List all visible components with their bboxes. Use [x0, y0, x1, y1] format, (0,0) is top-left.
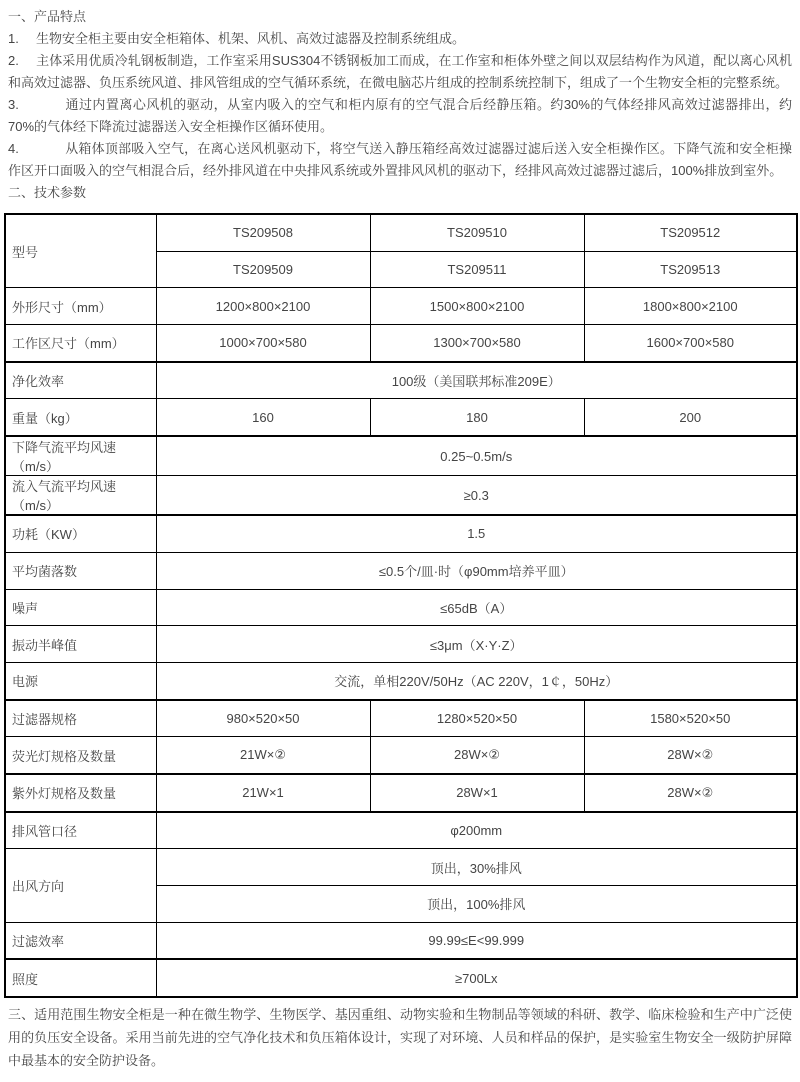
applications-paragraph: 三、适用范围生物安全柜是一种在微生物学、生物医学、基因重组、动物实验和生物制品等…: [8, 1003, 792, 1072]
spec-value-cell: ≤65dB（A）: [156, 589, 797, 626]
table-row: 功耗（KW）1.5: [5, 515, 797, 552]
table-row: 流入气流平均风速（m/s）≥0.3: [5, 476, 797, 516]
spec-value-cell: 交流，单相220V/50Hz（AC 220V，1￠，50Hz）: [156, 662, 797, 699]
spec-table: 型号TS209508TS209510TS209512TS209509TS2095…: [4, 213, 798, 998]
row-label-model: 型号: [5, 214, 156, 288]
row-label: 噪声: [5, 589, 156, 626]
feature-item-4: 4.从箱体顶部吸入空气，在离心送风机驱动下，将空气送入静压箱经高效过滤器过滤后送…: [8, 138, 792, 182]
table-row: 噪声≤65dB（A）: [5, 589, 797, 626]
feature-list: 1.生物安全柜主要由安全柜箱体、机架、风机、高效过滤器及控制系统组成。2.主体采…: [8, 28, 792, 182]
spec-value-cell: 21W×②: [156, 737, 370, 774]
feature-item-text: 从箱体顶部吸入空气，在离心送风机驱动下，将空气送入静压箱经高效过滤器过滤后送入安…: [8, 141, 792, 178]
table-row: 振动半峰值≤3μm（X·Y·Z）: [5, 626, 797, 663]
row-label: 出风方向: [5, 849, 156, 922]
feature-item-3: 3.通过内置离心风机的驱动，从室内吸入的空气和柜内原有的空气混合后经静压箱。约3…: [8, 94, 792, 138]
spec-value-cell: ≥700Lx: [156, 959, 797, 997]
model-cell: TS209509: [156, 251, 370, 288]
spec-value-cell: ≤3μm（X·Y·Z）: [156, 626, 797, 663]
model-cell: TS209512: [584, 214, 797, 251]
model-cell: TS209510: [370, 214, 584, 251]
section-title-specs: 二、技术参数: [8, 182, 792, 204]
spec-value-cell: 1800×800×2100: [584, 288, 797, 325]
spec-value-cell: 1280×520×50: [370, 700, 584, 737]
spec-value-cell: 99.99≤E<99.999: [156, 922, 797, 959]
feature-item-number: 3.: [8, 94, 65, 116]
spec-value-cell: 21W×1: [156, 774, 370, 812]
row-label: 净化效率: [5, 362, 156, 399]
table-row: 荧光灯规格及数量21W×②28W×②28W×②: [5, 737, 797, 774]
spec-value-cell: ≥0.3: [156, 476, 797, 516]
spec-value-cell: 28W×②: [584, 774, 797, 812]
table-row: 外形尺寸（mm）1200×800×21001500×800×21001800×8…: [5, 288, 797, 325]
table-row: 电源交流，单相220V/50Hz（AC 220V，1￠，50Hz）: [5, 662, 797, 699]
feature-item-number: 2.: [8, 50, 36, 72]
row-label: 流入气流平均风速（m/s）: [5, 476, 156, 516]
table-row: 紫外灯规格及数量21W×128W×128W×②: [5, 774, 797, 812]
row-label: 重量（kg）: [5, 399, 156, 436]
spec-value-cell: 0.25~0.5m/s: [156, 436, 797, 476]
row-label: 照度: [5, 959, 156, 997]
table-row: 排风管口径φ200mm: [5, 812, 797, 849]
feature-item-2: 2.主体采用优质冷轧钢板制造，工作室采用SUS304不锈钢板加工而成，在工作室和…: [8, 50, 792, 94]
table-row: 净化效率100级（美国联邦标准209E）: [5, 362, 797, 399]
row-label: 工作区尺寸（mm）: [5, 325, 156, 362]
row-label: 过滤效率: [5, 922, 156, 959]
row-label: 振动半峰值: [5, 626, 156, 663]
spec-value-cell: 1600×700×580: [584, 325, 797, 362]
spec-value-cell: 1580×520×50: [584, 700, 797, 737]
spec-value-cell: 1500×800×2100: [370, 288, 584, 325]
spec-value-cell: 28W×②: [370, 737, 584, 774]
spec-value-cell: 160: [156, 399, 370, 436]
model-cell: TS209511: [370, 251, 584, 288]
model-cell: TS209508: [156, 214, 370, 251]
spec-value-cell: 980×520×50: [156, 700, 370, 737]
spec-value-cell: 28W×②: [584, 737, 797, 774]
spec-value-cell: 200: [584, 399, 797, 436]
spec-value-cell: 28W×1: [370, 774, 584, 812]
spec-value-cell: φ200mm: [156, 812, 797, 849]
row-label: 外形尺寸（mm）: [5, 288, 156, 325]
spec-value-cell: 顶出，100%排风: [156, 886, 797, 923]
feature-item-text: 通过内置离心风机的驱动，从室内吸入的空气和柜内原有的空气混合后经静压箱。约30%…: [8, 97, 792, 134]
table-row: 下降气流平均风速（m/s）0.25~0.5m/s: [5, 436, 797, 476]
spec-value-cell: 1.5: [156, 515, 797, 552]
table-row-model-1: 型号TS209508TS209510TS209512: [5, 214, 797, 251]
model-cell: TS209513: [584, 251, 797, 288]
row-label: 电源: [5, 662, 156, 699]
table-row: 照度≥700Lx: [5, 959, 797, 997]
table-row: 出风方向顶出，30%排风: [5, 849, 797, 886]
spec-value-cell: 1300×700×580: [370, 325, 584, 362]
table-row: 过滤效率99.99≤E<99.999: [5, 922, 797, 959]
feature-item-number: 1.: [8, 28, 36, 50]
section-title-features: 一、产品特点: [8, 6, 792, 28]
row-label: 下降气流平均风速（m/s）: [5, 436, 156, 476]
row-label: 功耗（KW）: [5, 515, 156, 552]
feature-item-text: 生物安全柜主要由安全柜箱体、机架、风机、高效过滤器及控制系统组成。: [36, 31, 465, 46]
row-label: 荧光灯规格及数量: [5, 737, 156, 774]
spec-value-cell: 1000×700×580: [156, 325, 370, 362]
table-row: 重量（kg）160180200: [5, 399, 797, 436]
feature-item-text: 主体采用优质冷轧钢板制造，工作室采用SUS304不锈钢板加工而成，在工作室和柜体…: [8, 53, 792, 90]
row-label: 平均菌落数: [5, 552, 156, 589]
feature-item-number: 4.: [8, 138, 65, 160]
row-label: 紫外灯规格及数量: [5, 774, 156, 812]
document-page: 一、产品特点 1.生物安全柜主要由安全柜箱体、机架、风机、高效过滤器及控制系统组…: [0, 0, 800, 1072]
table-row: 工作区尺寸（mm）1000×700×5801300×700×5801600×70…: [5, 325, 797, 362]
spec-value-cell: 180: [370, 399, 584, 436]
row-label: 排风管口径: [5, 812, 156, 849]
spec-value-cell: 100级（美国联邦标准209E）: [156, 362, 797, 399]
spec-value-cell: ≤0.5个/皿·时（φ90mm培养平皿）: [156, 552, 797, 589]
table-row: 平均菌落数≤0.5个/皿·时（φ90mm培养平皿）: [5, 552, 797, 589]
table-row: 过滤器规格980×520×501280×520×501580×520×50: [5, 700, 797, 737]
row-label: 过滤器规格: [5, 700, 156, 737]
spec-value-cell: 顶出，30%排风: [156, 849, 797, 886]
spec-value-cell: 1200×800×2100: [156, 288, 370, 325]
feature-item-1: 1.生物安全柜主要由安全柜箱体、机架、风机、高效过滤器及控制系统组成。: [8, 28, 792, 50]
